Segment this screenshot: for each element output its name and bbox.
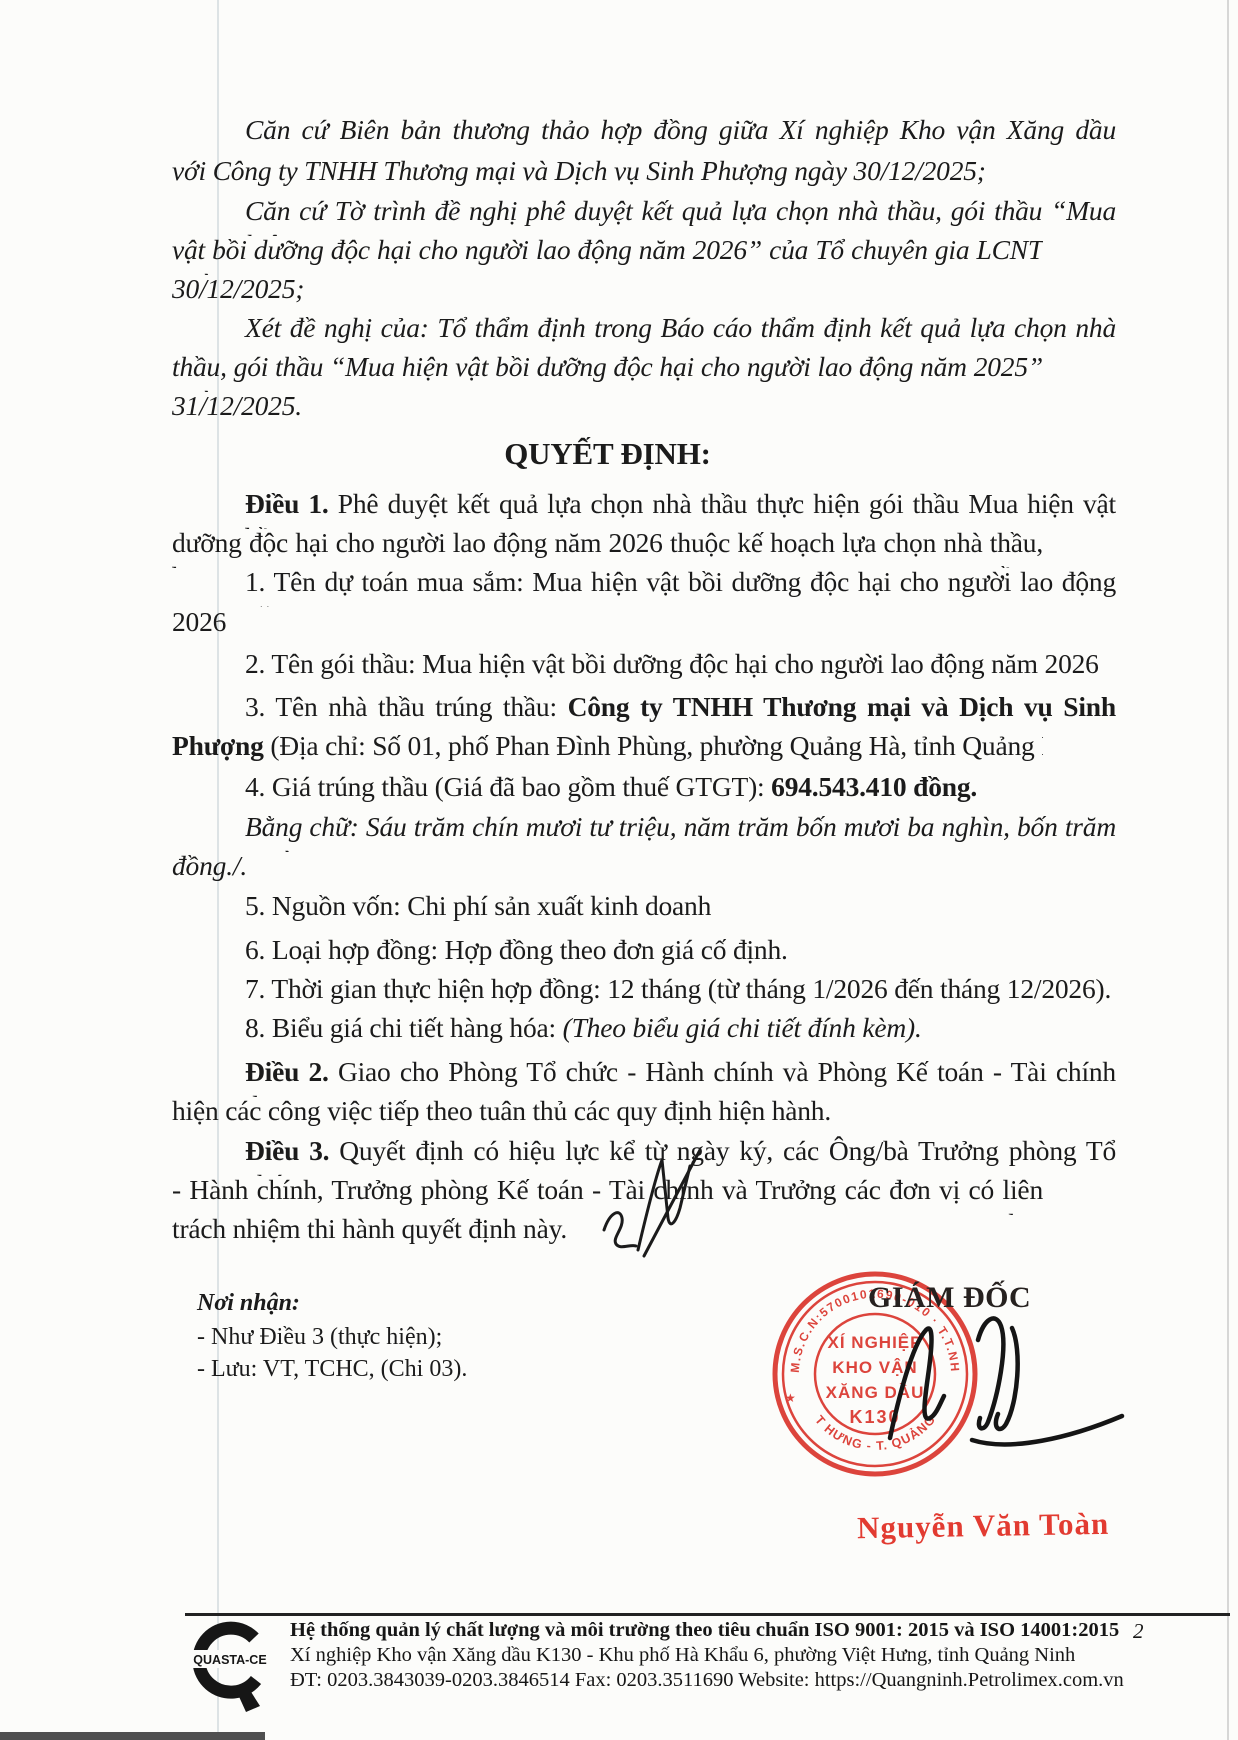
page-number: 2 <box>1133 1619 1144 1644</box>
text-segment: 2. Tên gói thầu: Mua hiện vật bồi dưỡng … <box>245 648 1099 679</box>
text-segment: (Theo biểu giá chi tiết đính kèm). <box>563 1012 922 1043</box>
text-segment: Xét đề nghị của: Tổ thẩm định trong Báo … <box>245 312 1116 343</box>
text-line-12: 1. Tên dự toán mua sắm: Mua hiện vật bồi… <box>172 565 1116 607</box>
director-signature <box>860 1300 1140 1470</box>
text-segment: 31/12/2025. <box>172 390 302 421</box>
text-segment: QUYẾT ĐỊNH: <box>504 437 711 471</box>
text-line-24: Điều 2. Giao cho Phòng Tổ chức - Hành ch… <box>172 1055 1116 1097</box>
recipients-item: - Như Điều 3 (thực hiện); <box>197 1322 467 1352</box>
text-segment: Điều 3. <box>245 1135 329 1166</box>
text-segment: Giao cho Phòng Tổ chức - Hành chính và P… <box>245 1056 1116 1097</box>
text-segment: Phượng <box>172 730 264 761</box>
text-line-2: với Công ty TNHH Thương mại và Dịch vụ S… <box>172 154 1043 196</box>
text-line-5: 30/12/2025; <box>172 272 1043 314</box>
text-segment: Căn cứ Tờ trình đề nghị phê duyệt kết qu… <box>245 195 1116 236</box>
quasta-ce-logo: QUASTA-CE <box>186 1618 274 1718</box>
recipients-block: Nơi nhận: - Như Điều 3 (thực hiện); - Lư… <box>197 1288 467 1384</box>
document-page: Căn cứ Biên bản thương thảo hợp đồng giữ… <box>0 0 1238 1740</box>
text-line-18: Bằng chữ: Sáu trăm chín mươi tư triệu, n… <box>172 810 1116 852</box>
text-line-14: 2. Tên gói thầu: Mua hiện vật bồi dưỡng … <box>172 647 1116 689</box>
text-segment: trách nhiệm thi hành quyết định này. <box>172 1213 567 1244</box>
scan-edge-line <box>1227 0 1229 1740</box>
text-line-3: Căn cứ Tờ trình đề nghị phê duyệt kết qu… <box>172 194 1116 236</box>
text-segment: Công ty TNHH Thương mại và Dịch vụ Sinh <box>568 691 1116 722</box>
footer-contact-line: ĐT: 0203.3843039-0203.3846514 Fax: 0203.… <box>290 1669 1150 1692</box>
text-line-6: Xét đề nghị của: Tổ thẩm định trong Báo … <box>172 311 1116 353</box>
signer-name: Nguyễn Văn Toàn <box>857 1506 1110 1546</box>
text-segment: đồng./. <box>172 850 247 881</box>
footer-iso-line: Hệ thống quản lý chất lượng và môi trườn… <box>290 1619 1150 1642</box>
text-line-8: 31/12/2025. <box>172 389 1043 431</box>
text-segment: 2026 <box>172 606 226 637</box>
footer-divider <box>185 1613 1230 1616</box>
recipients-item: - Lưu: VT, TCHC, (Chi 03). <box>197 1354 467 1384</box>
text-segment: 1. Tên dự toán mua sắm: Mua hiện vật bồi… <box>245 566 1116 607</box>
text-segment: Điều 2. <box>245 1056 329 1087</box>
text-segment: với Công ty TNHH Thương mại và Dịch vụ S… <box>172 155 986 186</box>
text-segment: 6. Loại hợp đồng: Hợp đồng theo đơn giá … <box>245 934 788 965</box>
text-segment: 7. Thời gian thực hiện hợp đồng: 12 thán… <box>245 973 1111 1004</box>
text-line-10: Điều 1. Phê duyệt kết quả lựa chọn nhà t… <box>172 487 1116 529</box>
text-line-13: 2026 <box>172 605 1043 647</box>
text-segment: Căn cứ Biên bản thương thảo hợp đồng giữ… <box>245 114 1116 155</box>
stamp-star: ★ <box>785 1391 797 1405</box>
text-line-11: dưỡng độc hại cho người lao động năm 202… <box>172 526 1043 568</box>
text-segment: dưỡng độc hại cho người lao động năm 202… <box>172 527 1043 568</box>
text-segment: Phê duyệt kết quả lựa chọn nhà thầu thực… <box>245 488 1116 529</box>
text-segment: hiện các công việc tiếp theo tuân thủ cá… <box>172 1095 831 1126</box>
text-line-15: 3. Tên nhà thầu trúng thầu: Công ty TNHH… <box>172 690 1116 732</box>
text-segment: Điều 1. <box>245 488 329 519</box>
text-segment: 3. Tên nhà thầu trúng thầu: <box>245 691 568 722</box>
text-segment: 694.543.410 đồng. <box>771 771 977 802</box>
text-line-21: 6. Loại hợp đồng: Hợp đồng theo đơn giá … <box>172 933 1116 975</box>
text-segment: 8. Biểu giá chi tiết hàng hóa: <box>245 1012 563 1043</box>
logo-text: QUASTA-CE <box>193 1653 266 1667</box>
text-line-25: hiện các công việc tiếp theo tuân thủ cá… <box>172 1094 1043 1136</box>
text-segment: thầu, gói thầu “Mua hiện vật bồi dưỡng đ… <box>172 351 1043 392</box>
text-segment: 5. Nguồn vốn: Chi phí sản xuất kinh doan… <box>245 890 711 921</box>
text-segment: 30/12/2025; <box>172 273 304 304</box>
text-line-23: 8. Biểu giá chi tiết hàng hóa: (Theo biể… <box>172 1011 1116 1053</box>
text-segment: vật bồi dưỡng độc hại cho người lao động… <box>172 234 1043 275</box>
text-line-16: Phượng (Địa chỉ: Số 01, phố Phan Đình Ph… <box>172 729 1043 771</box>
recipients-title: Nơi nhận: <box>197 1288 467 1318</box>
text-line-22: 7. Thời gian thực hiện hợp đồng: 12 thán… <box>172 972 1116 1014</box>
text-line-4: vật bồi dưỡng độc hại cho người lao động… <box>172 233 1043 275</box>
text-line-17: 4. Giá trúng thầu (Giá đã bao gồm thuế G… <box>172 770 1116 812</box>
handwritten-initials <box>590 1138 715 1263</box>
text-line-1: Căn cứ Biên bản thương thảo hợp đồng giữ… <box>172 113 1116 155</box>
text-segment: (Địa chỉ: Số 01, phố Phan Đình Phùng, ph… <box>264 730 1043 761</box>
footer-address-line: Xí nghiệp Kho vận Xăng dầu K130 - Khu ph… <box>290 1644 1150 1667</box>
text-line-9: QUYẾT ĐỊNH: <box>172 437 1043 479</box>
text-segment: 4. Giá trúng thầu (Giá đã bao gồm thuế G… <box>245 771 771 802</box>
text-line-20: 5. Nguồn vốn: Chi phí sản xuất kinh doan… <box>172 889 1116 931</box>
scan-bottom-bar <box>0 1732 265 1740</box>
text-line-7: thầu, gói thầu “Mua hiện vật bồi dưỡng đ… <box>172 350 1043 392</box>
text-segment: Bằng chữ: Sáu trăm chín mươi tư triệu, n… <box>245 811 1116 852</box>
text-line-19: đồng./. <box>172 849 1043 891</box>
